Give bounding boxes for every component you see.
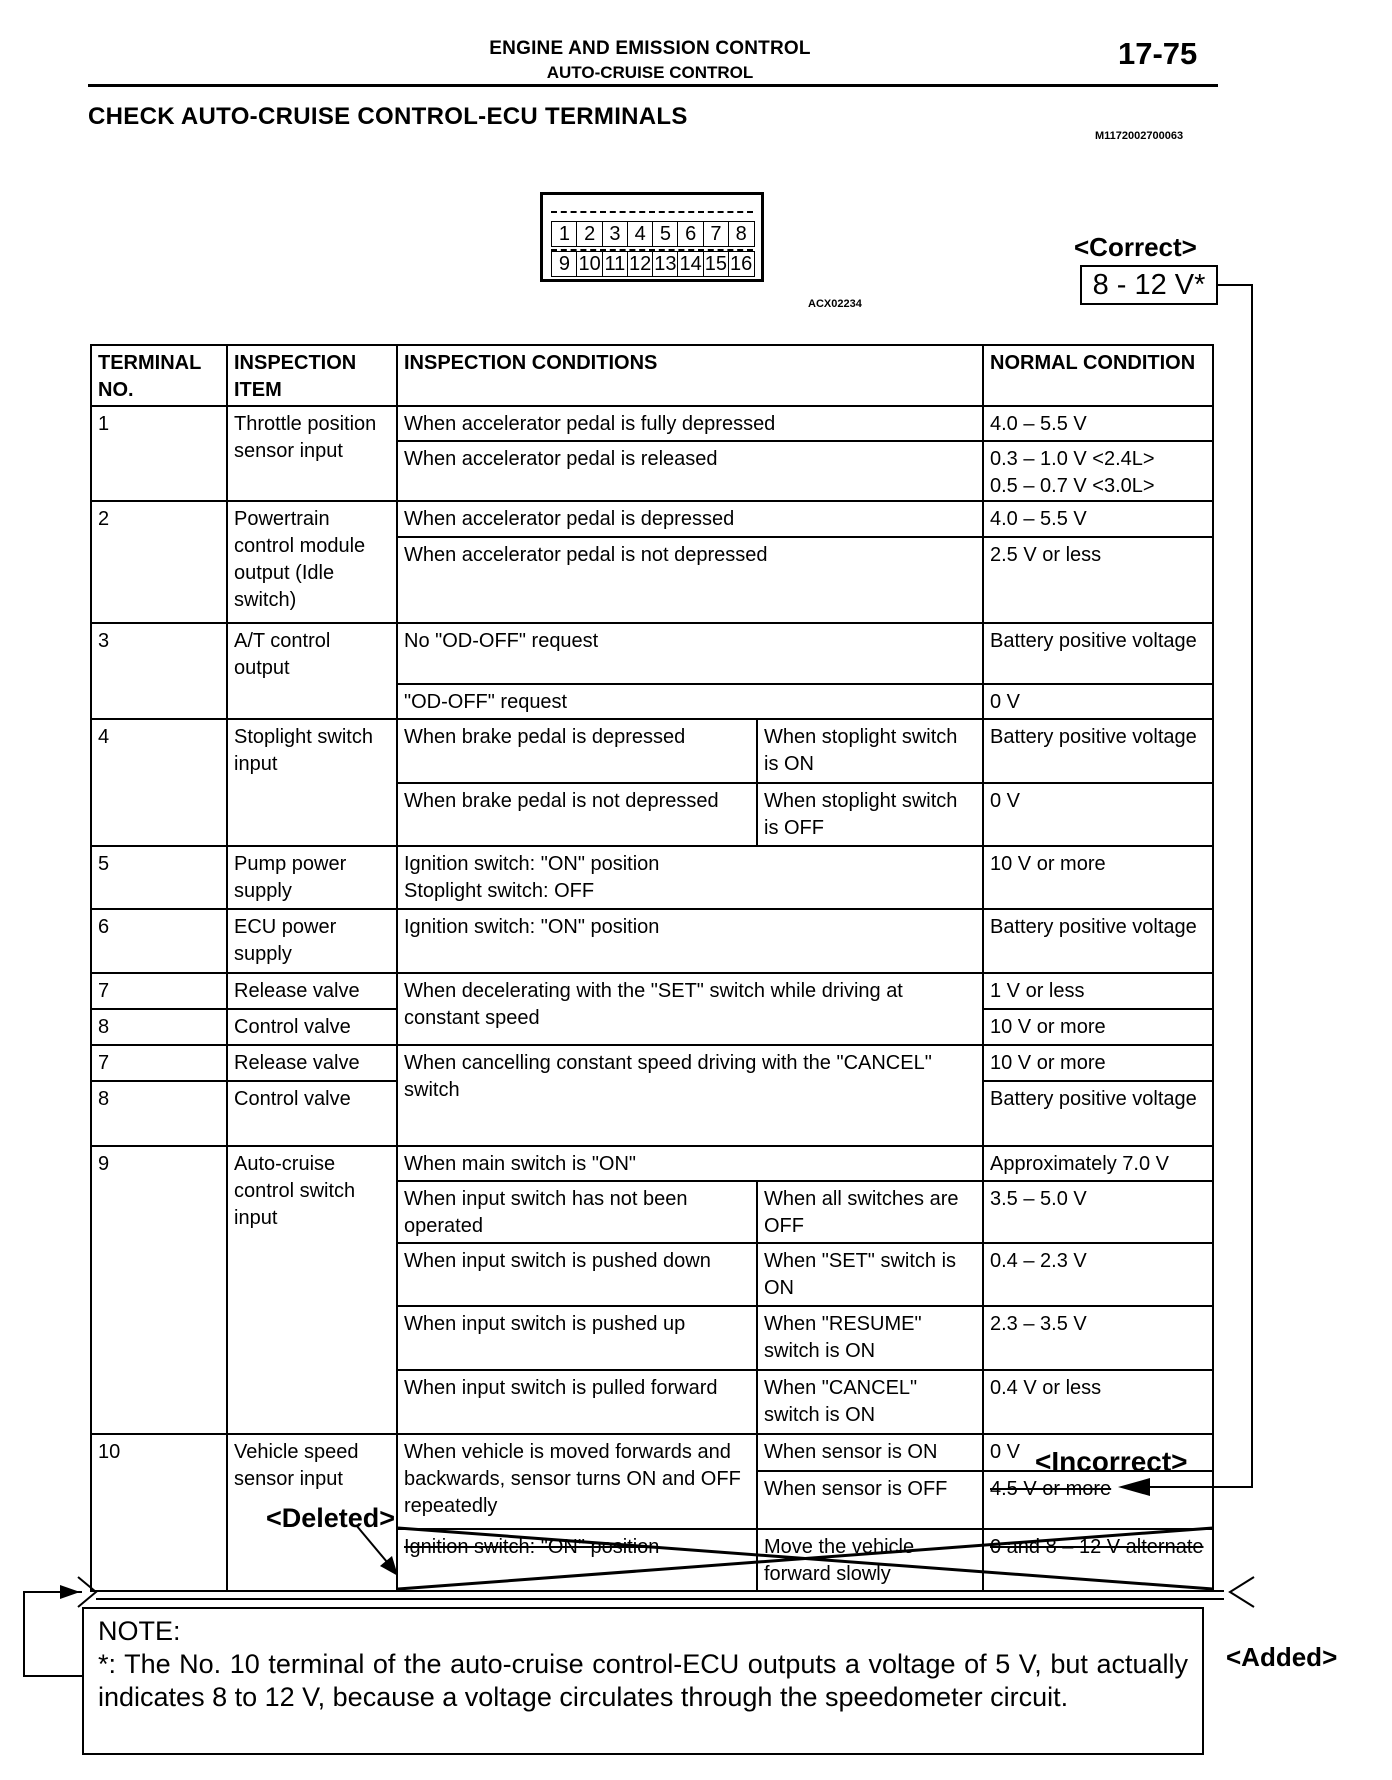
note-body: *: The No. 10 terminal of the auto-cruis… [98,1648,1188,1714]
insert-divider [96,1590,1224,1600]
annotation-overlay [0,0,1392,1780]
note-heading: NOTE: [98,1615,1188,1648]
insert-marker-right [1230,1577,1254,1607]
correction-leader-line [1148,285,1252,1487]
added-bracket-line [24,1592,82,1676]
note-box: NOTE: *: The No. 10 terminal of the auto… [82,1607,1204,1755]
incorrect-label: <Incorrect> [1035,1446,1188,1478]
arrow-head-icon [380,1556,398,1576]
deleted-label: <Deleted> [266,1503,395,1534]
added-label: <Added> [1226,1642,1337,1673]
arrow-head-icon [1118,1478,1150,1496]
arrow-head-icon [60,1585,80,1599]
